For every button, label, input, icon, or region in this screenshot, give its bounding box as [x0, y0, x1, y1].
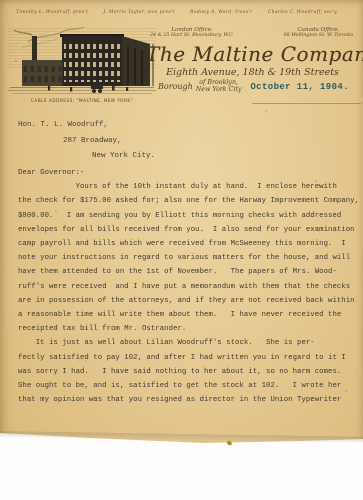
letter-body-line: fectly satisfied to pay 102, and after I… [18, 351, 355, 365]
letter-body-line: are in possession of the attorneys, and … [18, 294, 355, 308]
letter-body-line: ruff's were received and I have put a me… [18, 280, 355, 294]
officer-name: J. Morris Taylor, vice pres't [103, 10, 174, 15]
cable-address-caption: CABLE ADDRESS: "MALTINE, NEW YORK" [4, 99, 160, 104]
letter-body: Dear Governor:- Yours of the 10th instan… [18, 166, 355, 407]
borough-lines: of Brooklyn, New York City [196, 80, 242, 93]
letter-body-line: She ought to be, and is, satisfied to ge… [18, 379, 355, 393]
letter-body-line: $800.00. I am sending you by Elliott thi… [18, 209, 355, 223]
letter-body-line: a reasonable time will write them about … [18, 308, 355, 322]
letter-paper: Timothy L. Woodruff, pres'tJ. Morris Tay… [0, 0, 363, 500]
london-office-address: 24 & 25 Hart St. Bloomsbury, W.C. [150, 33, 234, 38]
letter-body-line: Yours of the 10th instant duly at hand. … [18, 180, 355, 194]
borough-word: Borough [158, 82, 193, 91]
canada-office-address: 88 Wellington St. W. Toronto [284, 33, 353, 38]
recipient-line: 287 Broadway, [63, 134, 155, 150]
london-office: London Office. 24 & 25 Hart St. Bloomsbu… [150, 27, 234, 38]
letter-body-line: was sorry I had. I have said nothing to … [18, 365, 355, 379]
officer-name: Charles C. Woodruff, sec'y [268, 10, 337, 15]
recipient-line: New York City. [92, 149, 155, 165]
letter-body-line: Dear Governor:- [18, 166, 355, 180]
letter-body-line: camp payroll and bills which were receiv… [18, 237, 355, 251]
recipient-line: Hon. T. L. Woodruff, [18, 118, 155, 134]
officer-name: Rodney A. Ward, treas'r [190, 10, 252, 15]
letter-body-line: have them attended to on the 1st of Nove… [18, 265, 355, 279]
factory-building-illustration [8, 24, 156, 96]
borough-date-row: Borough of Brooklyn, New York City Octob… [146, 80, 359, 93]
letter-body-line: It is just as well about Lilian Woodruff… [18, 336, 355, 350]
letter-body-line: envelopes for all bills received from yo… [18, 223, 355, 237]
officer-names: Timothy L. Woodruff, pres'tJ. Morris Tay… [16, 10, 337, 15]
borough-line-2: New York City [196, 87, 242, 94]
letterhead-right: London Office. 24 & 25 Hart St. Bloomsbu… [146, 27, 359, 93]
canada-office: Canada Office. 88 Wellington St. W. Toro… [284, 27, 353, 38]
date-underline [252, 103, 361, 104]
letter-body-line: receipted tax bill from Mr. Ostrander. [18, 322, 355, 336]
letter-date: October 11, 1904. [250, 82, 349, 92]
recipient-address: Hon. T. L. Woodruff,287 Broadway,New Yor… [18, 118, 155, 165]
scanned-letter-page: Timothy L. Woodruff, pres'tJ. Morris Tay… [0, 0, 363, 500]
letter-body-line: note your instructions in regard to vari… [18, 251, 355, 265]
officer-name: Timothy L. Woodruff, pres't [16, 10, 88, 15]
company-street-address: Eighth Avenue, 18th & 19th Streets [146, 67, 359, 78]
factory-engraving [8, 24, 156, 96]
letter-body-line: the check for $175.00 asked for; also on… [18, 194, 355, 208]
letter-body-line: that my opinion was that you resigned as… [18, 393, 355, 407]
company-name: The Maltine Company; [146, 42, 359, 66]
